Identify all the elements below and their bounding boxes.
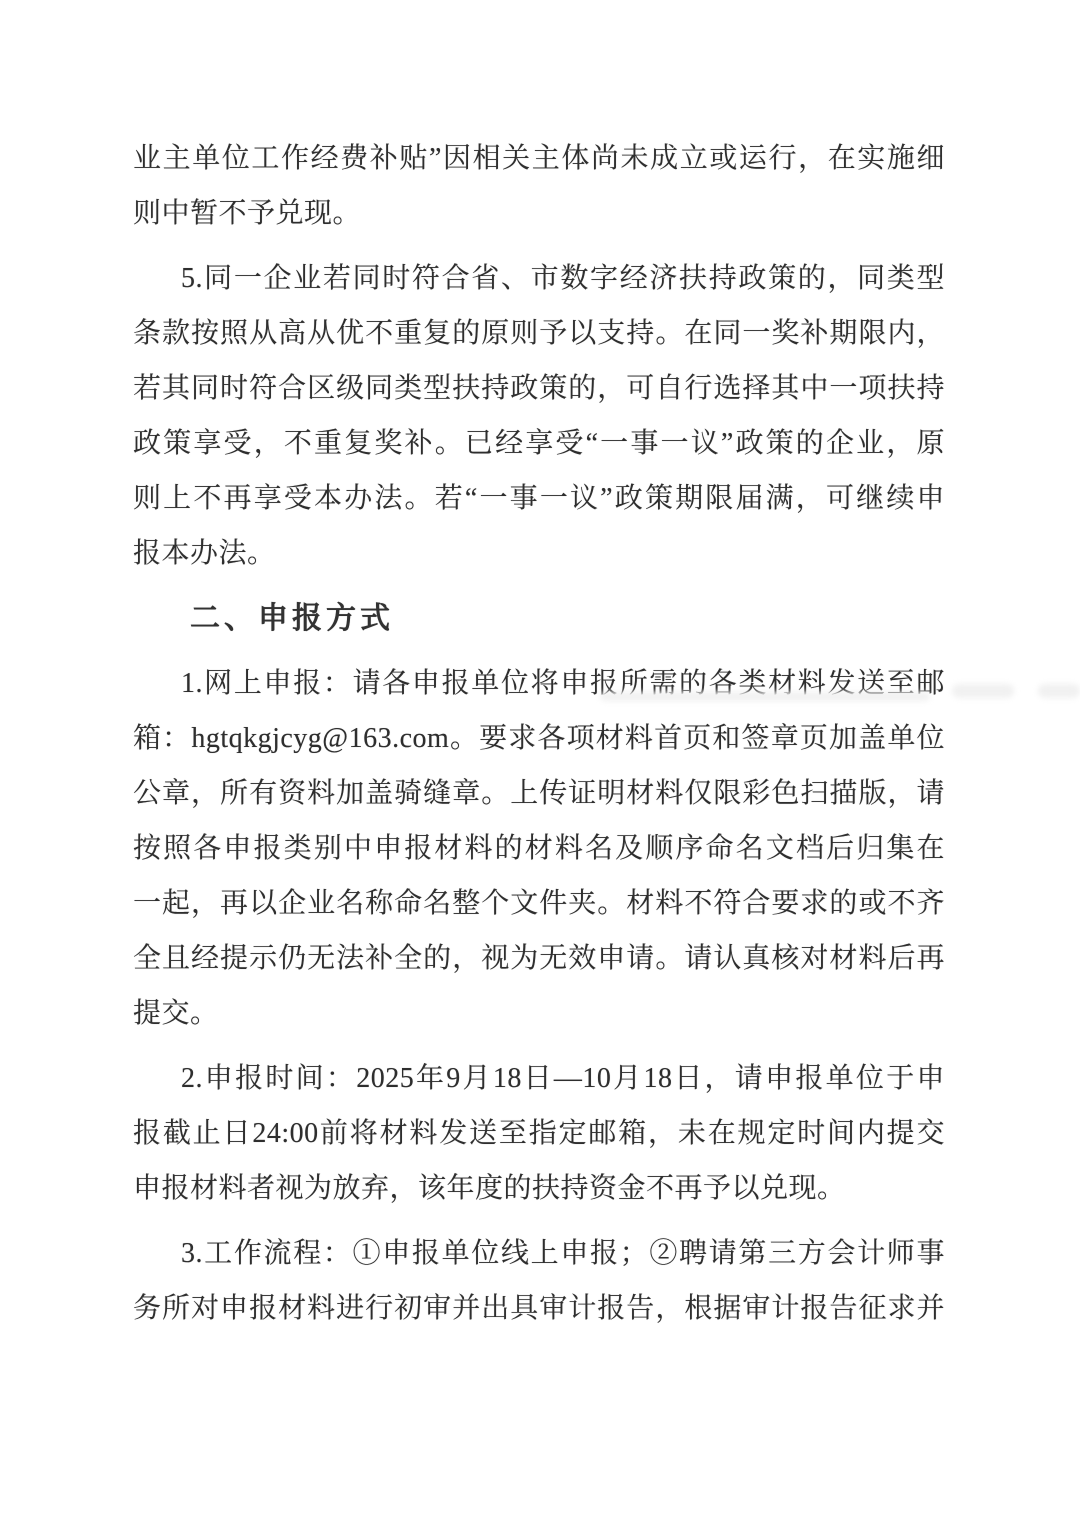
text-line: 报本办法。 — [133, 526, 945, 581]
paragraph-online-application: 1.网上申报：请各申报单位将申报所需的各类材料发送至邮 箱：hgtqkgjcyg… — [133, 656, 945, 1041]
text-line: 3.工作流程：①申报单位线上申报；②聘请第三方会计师事 — [133, 1226, 945, 1281]
text-line: 条款按照从高从优不重复的原则予以支持。在同一奖补期限内， — [133, 306, 945, 361]
text-line: 全且经提示仍无法补全的，视为无效申请。请认真核对材料后再 — [133, 931, 945, 986]
paragraph-work-process: 3.工作流程：①申报单位线上申报；②聘请第三方会计师事 务所对申报材料进行初审并… — [133, 1226, 945, 1336]
text-line: 则上不再享受本办法。若“一事一议”政策期限届满，可继续申 — [133, 471, 945, 526]
text-line: 公章，所有资料加盖骑缝章。上传证明材料仅限彩色扫描版，请 — [133, 766, 945, 821]
paragraph-application-time: 2.申报时间：2025年9月18日—10月18日，请申报单位于申 报截止日24:… — [133, 1051, 945, 1216]
text-line: 按照各申报类别中申报材料的材料名及顺序命名文档后归集在 — [133, 821, 945, 876]
scan-artifact — [1038, 684, 1080, 698]
scan-artifact — [600, 692, 930, 701]
text-line: 则中暂不予兑现。 — [133, 186, 945, 241]
text-line: 申报材料者视为放弃，该年度的扶持资金不再予以兑现。 — [133, 1161, 945, 1216]
document-page: 业主单位工作经费补贴”因相关主体尚未成立或运行，在实施细 则中暂不予兑现。 5.… — [0, 0, 1080, 1527]
text-line-with-email: 箱：hgtqkgjcyg@163.com。要求各项材料首页和签章页加盖单位 — [133, 711, 945, 766]
text-line: 一起，再以企业名称命名整个文件夹。材料不符合要求的或不齐 — [133, 876, 945, 931]
text-line: 1.网上申报：请各申报单位将申报所需的各类材料发送至邮 — [133, 656, 945, 711]
scan-artifact — [952, 684, 1014, 698]
text-line: 提交。 — [133, 986, 945, 1041]
text-line: 政策享受，不重复奖补。已经享受“一事一议”政策的企业，原 — [133, 416, 945, 471]
text-line-with-dates: 2.申报时间：2025年9月18日—10月18日，请申报单位于申 — [133, 1051, 945, 1106]
paragraph-item-5: 5.同一企业若同时符合省、市数字经济扶持政策的，同类型 条款按照从高从优不重复的… — [133, 251, 945, 581]
section-heading-application-method: 二、申报方式 — [133, 591, 945, 646]
paragraph-continuation: 业主单位工作经费补贴”因相关主体尚未成立或运行，在实施细 则中暂不予兑现。 — [133, 131, 945, 241]
text-line: 业主单位工作经费补贴”因相关主体尚未成立或运行，在实施细 — [133, 131, 945, 186]
text-line: 若其同时符合区级同类型扶持政策的，可自行选择其中一项扶持 — [133, 361, 945, 416]
text-line: 报截止日24:00前将材料发送至指定邮箱，未在规定时间内提交 — [133, 1106, 945, 1161]
text-line: 务所对申报材料进行初审并出具审计报告，根据审计报告征求并 — [133, 1281, 945, 1336]
document-content: 业主单位工作经费补贴”因相关主体尚未成立或运行，在实施细 则中暂不予兑现。 5.… — [133, 131, 945, 1346]
section-heading-text: 二、申报方式 — [133, 591, 945, 646]
text-line: 5.同一企业若同时符合省、市数字经济扶持政策的，同类型 — [133, 251, 945, 306]
